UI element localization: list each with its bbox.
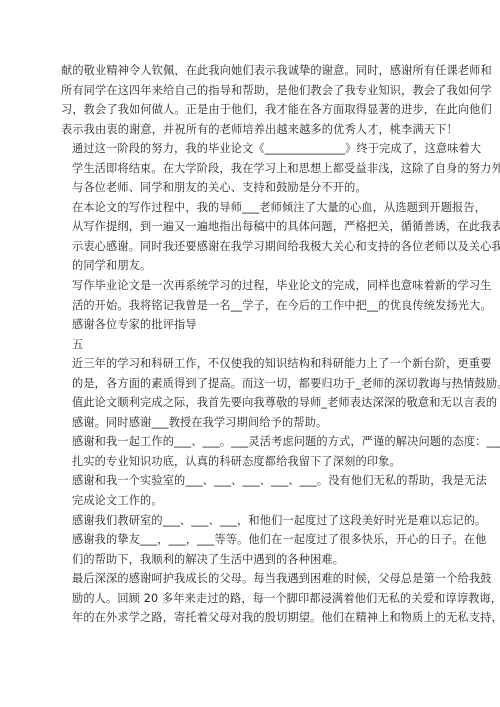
text-line: 活的开始。我将铭记我曾是一名__学子，在今后的工作中把__的优良传统发扬光大。 [61, 296, 440, 316]
paragraph-thanks-friends: 感谢我的挚友___，___，___等等。他们在一起度过了很多快乐，开心的日子。在… [61, 530, 440, 569]
text-line: 献的敬业精神令人钦佩，在此我向她们表示我诚挚的谢意。同时，感谢所有任课老师和 [61, 61, 440, 81]
paragraph-thanks-labmates: 感谢和我一个实验室的___、___、___、___、___。没有他们无私的帮助，… [61, 471, 440, 510]
paragraph-new-beginning: 写作毕业论文是一次再系统学习的过程，毕业论文的完成，同样也意味着新的学习生 活的… [61, 276, 440, 315]
text-line: 近三年的学习和科研工作，不仅使我的知识结构和科研能力上了一个新台阶，更重要 [61, 354, 440, 374]
text-line: 在本论文的写作过程中，我的导师___老师倾注了大量的心血，从选题到开题报告， [61, 198, 440, 218]
text-line: 最后深深的感谢呵护我成长的父母。每当我遇到困难的时候，父母总是第一个给我鼓 [61, 569, 440, 589]
paragraph-three-years: 近三年的学习和科研工作，不仅使我的知识结构和科研能力上了一个新台阶，更重要 的是… [61, 354, 440, 432]
text-line: 所有同学在这四年来给自己的指导和帮助，是他们教会了我专业知识，教会了我如何学 [61, 81, 440, 101]
text-line: 感谢我的挚友___，___，___等等。他们在一起度过了很多快乐，开心的日子。在… [61, 530, 440, 550]
text-line: 通过这一阶段的努力，我的毕业论文《______________》终于完成了，这意… [61, 139, 440, 159]
text-line: 写作毕业论文是一次再系统学习的过程，毕业论文的完成，同样也意味着新的学习生 [61, 276, 440, 296]
text-line: 扎实的专业知识功底，认真的科研态度都给我留下了深刻的印象。 [61, 452, 440, 472]
paragraph-thanks-coworkers: 感谢和我一起工作的___、___。___灵活考虑问题的方式，严谨的解决问题的态度… [61, 432, 440, 471]
text-line: 们的帮助下，我顺利的解决了生活中遇到的各种困难。 [61, 550, 440, 570]
text-line: 习，教会了我如何做人。正是由于他们，我才能在各方面取得显著的进步，在此向他们 [61, 100, 440, 120]
paragraph-thanks-experts: 感谢各位专家的批评指导 [61, 315, 440, 335]
text-line: 感谢和我一起工作的___、___。___灵活考虑问题的方式，严谨的解决问题的态度… [61, 432, 440, 452]
text-line: 表示我由衷的谢意，并祝所有的老师培养出越来越多的优秀人才，桃李满天下！ [61, 120, 440, 140]
paragraph-thanks-teachers: 献的敬业精神令人钦佩，在此我向她们表示我诚挚的谢意。同时，感谢所有任课老师和 所… [61, 61, 440, 139]
text-line: 励的人。回顾 20 多年来走过的路，每一个脚印都浸满着他们无私的关爱和谆谆教诲，… [61, 589, 440, 609]
text-line: 的是，各方面的素质得到了提高。而这一切，都要归功于_老师的深切教诲与热情鼓励。 [61, 374, 440, 394]
text-line: 从写作提纲，到一遍又一遍地指出每稿中的具体问题，严格把关，循循善诱，在此我表 [61, 217, 440, 237]
section-heading-five: 五 [61, 335, 440, 355]
paragraph-thanks-office: 感谢我们教研室的___、___、___，和他们一起度过了这段美好时光是难以忘记的… [61, 511, 440, 531]
text-line: 感谢各位专家的批评指导 [61, 315, 440, 335]
paragraph-thanks-parents: 最后深深的感谢呵护我成长的父母。每当我遇到困难的时候，父母总是第一个给我鼓 励的… [61, 569, 440, 628]
paragraph-thesis-completed: 通过这一阶段的努力，我的毕业论文《______________》终于完成了，这意… [61, 139, 440, 198]
text-line: 值此论文顺利完成之际，我首先要向我尊敬的导师_老师表达深深的敬意和无以言表的 [61, 393, 440, 413]
text-line: 感谢。同时感谢___教授在我学习期间给予的帮助。 [61, 413, 440, 433]
text-line: 的同学和朋友。 [61, 256, 440, 276]
text-line: 感谢我们教研室的___、___、___，和他们一起度过了这段美好时光是难以忘记的… [61, 511, 440, 531]
document-page: 献的敬业精神令人钦佩，在此我向她们表示我诚挚的谢意。同时，感谢所有任课老师和 所… [61, 61, 440, 628]
text-line: 完成论文工作的。 [61, 491, 440, 511]
text-line: 学生活即将结束。在大学阶段，我在学习上和思想上都受益非浅，这除了自身的努力外， [61, 159, 440, 179]
text-line: 示衷心感谢。同时我还要感谢在我学习期间给我极大关心和支持的各位老师以及关心我 [61, 237, 440, 257]
text-line: 与各位老师、同学和朋友的关心、支持和鼓励是分不开的。 [61, 178, 440, 198]
paragraph-thanks-advisor: 在本论文的写作过程中，我的导师___老师倾注了大量的心血，从选题到开题报告， 从… [61, 198, 440, 276]
section-number: 五 [61, 335, 440, 355]
text-line: 感谢和我一个实验室的___、___、___、___、___。没有他们无私的帮助，… [61, 471, 440, 491]
text-line: 年的在外求学之路，寄托着父母对我的殷切期望。他们在精神上和物质上的无私支持， [61, 608, 440, 628]
